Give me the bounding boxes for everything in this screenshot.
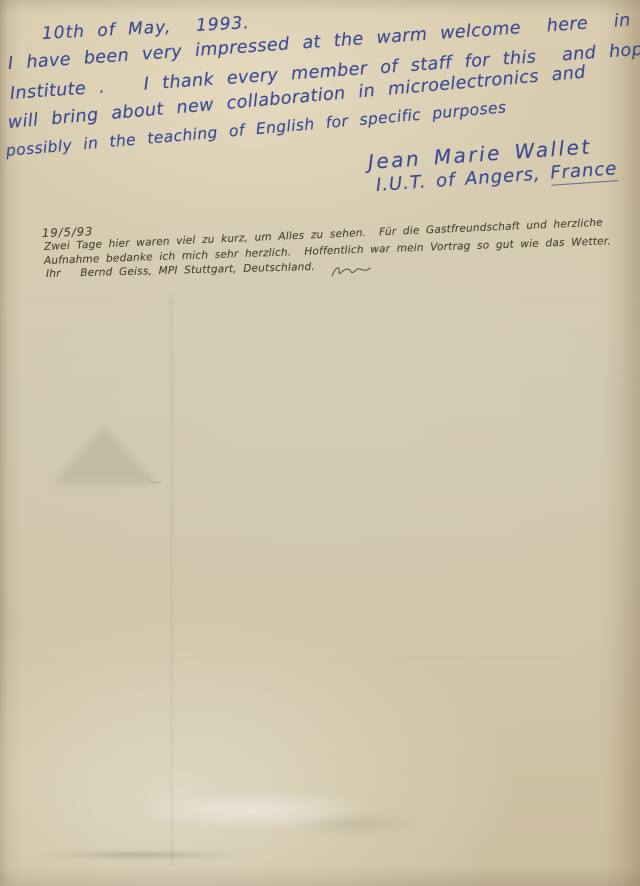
country-text-underlined: France <box>550 158 619 186</box>
horizontal-crease-lower <box>20 654 580 657</box>
paper-smudge <box>120 775 460 845</box>
right-edge-shading <box>606 0 640 886</box>
triangle-showthrough-mark <box>52 426 156 484</box>
horizontal-crease-upper <box>0 300 640 303</box>
guestbook-page-photo: 10th of May, 1993. I have been very impr… <box>0 0 640 886</box>
german-entry-date: 19/5/93 <box>42 224 94 240</box>
bottom-shadow-wisp <box>0 850 280 860</box>
german-signature-scribble <box>330 264 372 280</box>
